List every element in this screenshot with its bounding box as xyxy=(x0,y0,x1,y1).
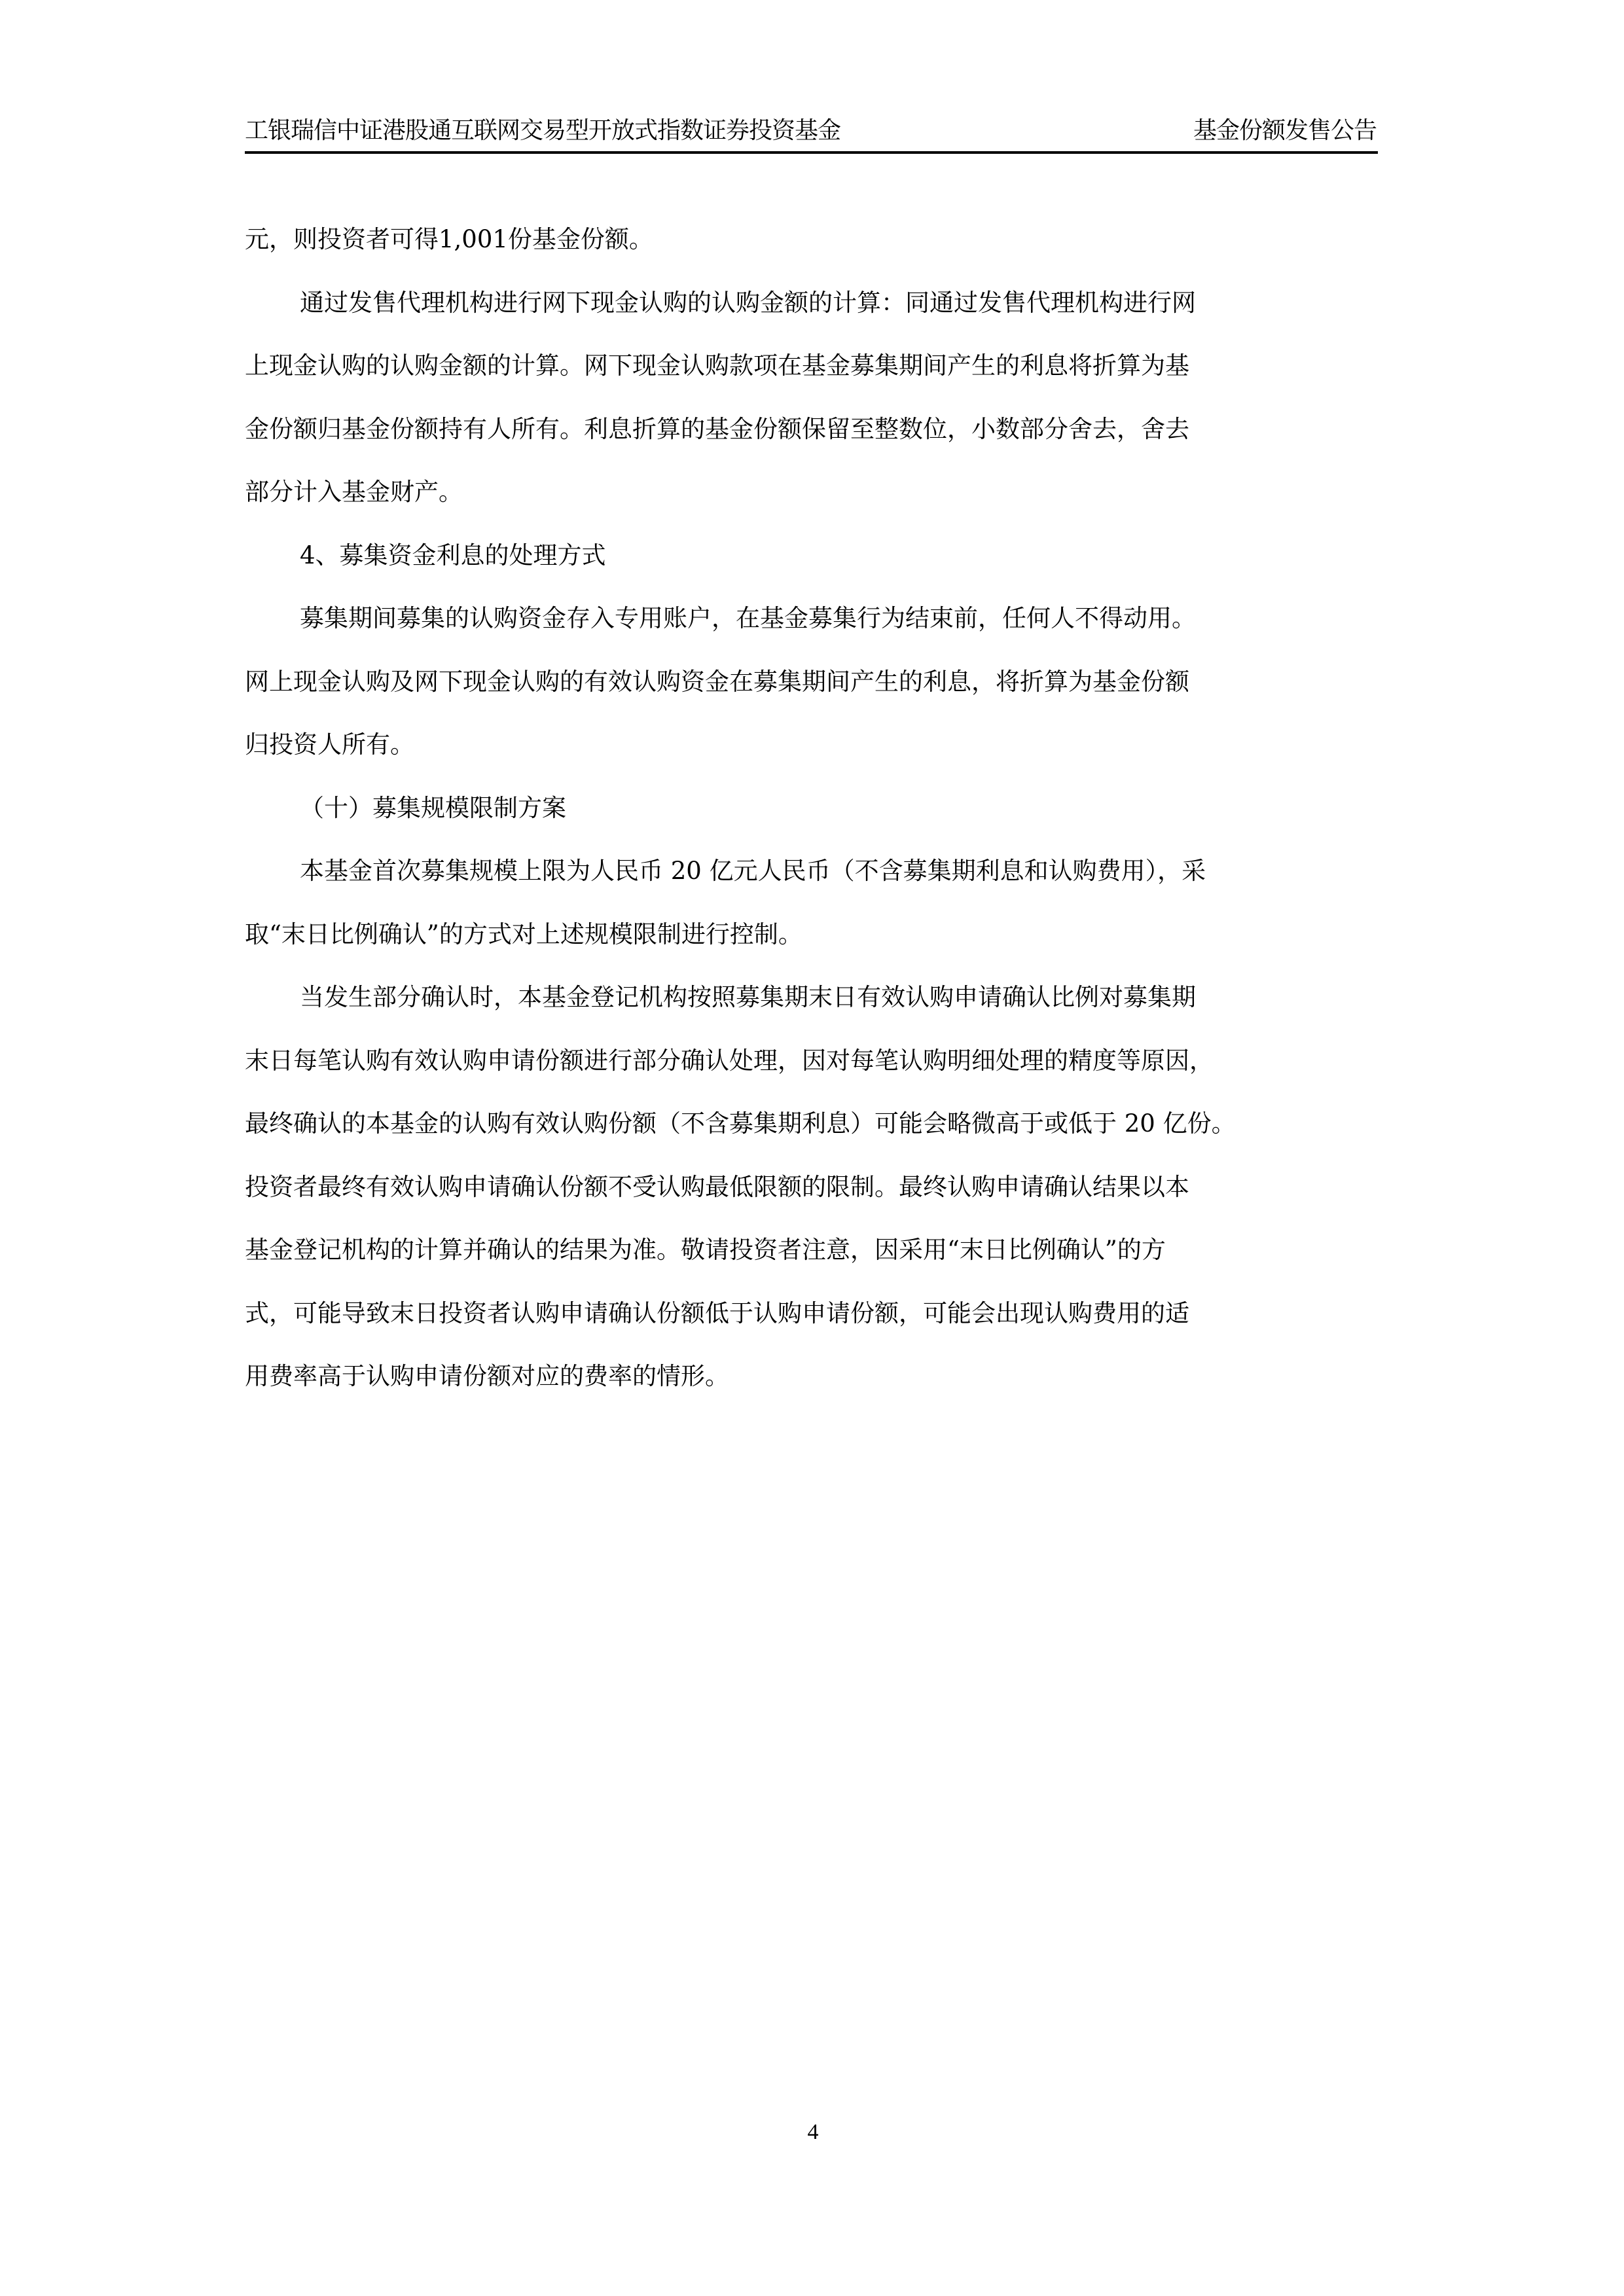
page-header: 工银瑞信中证港股通互联网交易型开放式指数证券投资基金 基金份额发售公告 xyxy=(245,113,1378,153)
text-line: 上现金认购的认购金额的计算。网下现金认购款项在基金募集期间产生的利息将折算为基 xyxy=(245,334,1378,398)
text-line: 末日每笔认购有效认购申请份额进行部分确认处理，因对每笔认购明细处理的精度等原因， xyxy=(245,1030,1378,1093)
text-line: 取“末日比例确认”的方式对上述规模限制进行控制。 xyxy=(245,903,1378,967)
text-line: 投资者最终有效认购申请确认份额不受认购最低限额的限制。最终认购申请确认结果以本 xyxy=(245,1156,1378,1219)
body-text: 元，则投资者可得1,001份基金份额。 通过发售代理机构进行网下现金认购的认购金… xyxy=(245,208,1378,1408)
text-line: 募集期间募集的认购资金存入专用账户，在基金募集行为结束前，任何人不得动用。 xyxy=(245,587,1378,651)
text-line: 当发生部分确认时，本基金登记机构按照募集期末日有效认购申请确认比例对募集期 xyxy=(245,966,1378,1030)
text-line: 归投资人所有。 xyxy=(245,713,1378,777)
text-line: 网上现金认购及网下现金认购的有效认购资金在募集期间产生的利息，将折算为基金份额 xyxy=(245,651,1378,714)
text-line: 通过发售代理机构进行网下现金认购的认购金额的计算：同通过发售代理机构进行网 xyxy=(245,272,1378,335)
text-line: 基金登记机构的计算并确认的结果为准。敬请投资者注意，因采用“末日比例确认”的方 xyxy=(245,1219,1378,1282)
document-body: 元，则投资者可得1,001份基金份额。 通过发售代理机构进行网下现金认购的认购金… xyxy=(245,208,1378,1408)
text-line: 式，可能导致末日投资者认购申请确认份额低于认购申请份额，可能会出现认购费用的适 xyxy=(245,1282,1378,1346)
text-line: 金份额归基金份额持有人所有。利息折算的基金份额保留至整数位，小数部分舍去，舍去 xyxy=(245,398,1378,461)
header-document-type: 基金份额发售公告 xyxy=(1193,117,1377,145)
text-line: 最终确认的本基金的认购有效认购份额（不含募集期利息）可能会略微高于或低于 20 … xyxy=(245,1092,1378,1156)
text-line: 用费率高于认购申请份额对应的费率的情形。 xyxy=(245,1345,1378,1408)
text-line: 元，则投资者可得1,001份基金份额。 xyxy=(245,208,1378,272)
header-divider xyxy=(245,151,1378,154)
section-heading: 4、募集资金利息的处理方式 xyxy=(245,524,1378,588)
text-line: 部分计入基金财产。 xyxy=(245,461,1378,524)
header-fund-name: 工银瑞信中证港股通互联网交易型开放式指数证券投资基金 xyxy=(245,117,840,145)
page-number: 4 xyxy=(805,2119,821,2145)
section-heading: （十）募集规模限制方案 xyxy=(245,777,1378,840)
text-line: 本基金首次募集规模上限为人民币 20 亿元人民币（不含募集期利息和认购费用），采 xyxy=(245,840,1378,903)
